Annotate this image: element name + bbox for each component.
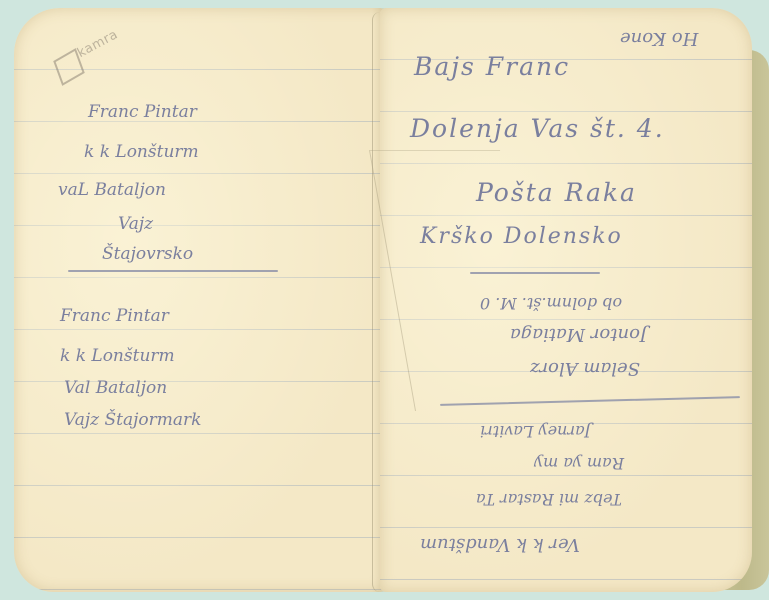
handwritten-inverted-line: Selam Alorz [530,358,640,379]
handwritten-inverted-line: Jarney Lavitri [480,422,591,441]
handwritten-line: Pošta Raka [476,178,637,207]
handwritten-line: Bajs Franc [414,52,570,81]
handwritten-line: Vajz [118,214,153,234]
handwritten-corner-note: Ho Kone [620,28,698,49]
handwritten-line: Vajz Štajormark [64,410,201,430]
watermark-text: kamra [75,27,121,61]
handwritten-inverted-line: Tebz mi Rastar Ta [476,490,622,509]
handwritten-inverted-line: ob dolnm.št. M. 0 [480,294,622,313]
handwritten-inverted-line: Ver k k Vandštum [420,534,580,555]
handwritten-line: k k Lonšturm [84,142,199,162]
underline-divider [440,396,740,406]
handwritten-inverted-line: Jontor Matiaga [510,324,647,345]
underline-divider [68,270,278,272]
left-page: kamra Franc Pintar k k Lonšturm vaL Bata… [14,8,386,592]
handwritten-line: k k Lonšturm [60,346,175,366]
right-page: Ho Kone Bajs Franc Dolenja Vas št. 4. Po… [380,8,752,592]
handwritten-line: Štajovrsko [102,244,193,264]
handwritten-line: Val Bataljon [64,378,167,398]
handwritten-line: Franc Pintar [60,306,169,326]
kamra-watermark: kamra [52,38,142,98]
handwritten-line: Franc Pintar [88,102,197,122]
underline-divider [470,272,600,274]
handwritten-line: Dolenja Vas št. 4. [410,114,665,143]
handwritten-inverted-line: Ram ya my [534,454,624,473]
handwritten-line: vaL Bataljon [58,180,166,200]
handwritten-line: Krško Dolensko [420,224,623,249]
